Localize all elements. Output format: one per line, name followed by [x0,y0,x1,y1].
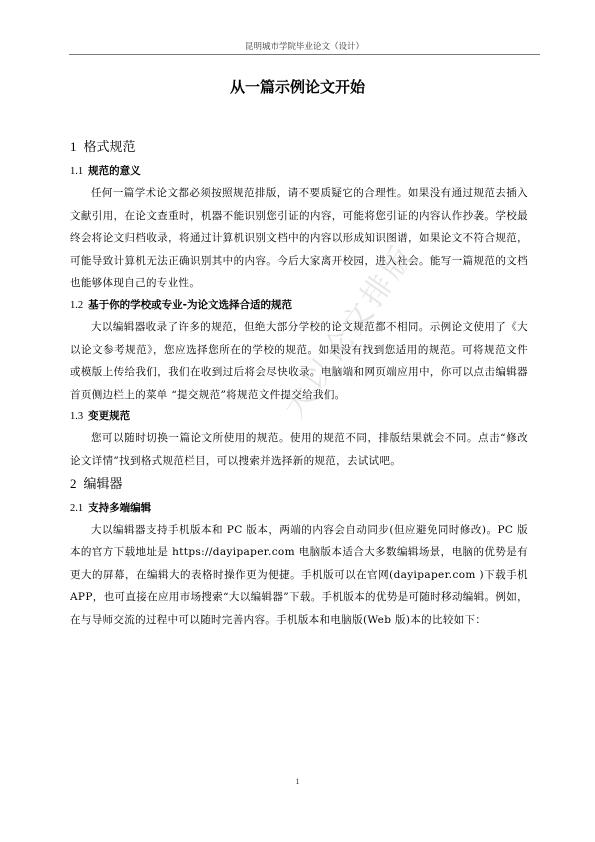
subsection-number: 1.2 [70,300,83,311]
subsection-title: 规范的意义 [88,165,141,177]
subsection-number: 1.1 [70,166,83,177]
paragraph: 您可以随时切换一篇论文所使用的规范。使用的规范不同，排版结果就会不同。点击“修改… [70,427,528,472]
subsection-heading-1-3: 1.3变更规范 [70,407,528,425]
document-body: 1格式规范 1.1规范的意义 任何一篇学术论文都必须按照规范排版，请不要质疑它的… [70,137,528,633]
running-header: 昆明城市学院毕业论文（设计） [69,41,540,53]
section-title: 编辑器 [84,477,123,492]
subsection-heading-1-2: 1.2基于你的学校或专业-为论文选择合适的规范 [70,296,528,314]
section-heading-2: 2编辑器 [70,474,528,494]
document-page: 昆明城市学院毕业论文（设计） 从一篇示例论文开始 1格式规范 1.1规范的意义 … [0,0,595,842]
subsection-title: 支持多端编辑 [88,502,151,514]
section-title: 格式规范 [84,140,136,155]
header-rule [69,54,540,55]
page-number: 1 [0,777,595,786]
section-number: 1 [70,139,77,154]
subsection-number: 2.1 [70,503,83,514]
paragraph: 大以编辑器支持手机版本和 PC 版本，两端的内容会自动同步(但应避免同时修改)。… [70,519,528,632]
paragraph: 任何一篇学术论文都必须按照规范排版，请不要质疑它的合理性。如果没有通过规范去插入… [70,182,528,295]
subsection-title: 变更规范 [88,410,130,422]
subsection-number: 1.3 [70,411,83,422]
subsection-heading-2-1: 2.1支持多端编辑 [70,499,528,517]
subsection-title: 基于你的学校或专业-为论文选择合适的规范 [88,299,292,311]
section-heading-1: 1格式规范 [70,137,528,157]
section-number: 2 [70,476,77,491]
document-title: 从一篇示例论文开始 [0,77,595,97]
subsection-heading-1-1: 1.1规范的意义 [70,162,528,180]
paragraph: 大以编辑器收录了许多的规范，但绝大部分学校的论文规范都不相同。示例论文使用了《大… [70,316,528,406]
